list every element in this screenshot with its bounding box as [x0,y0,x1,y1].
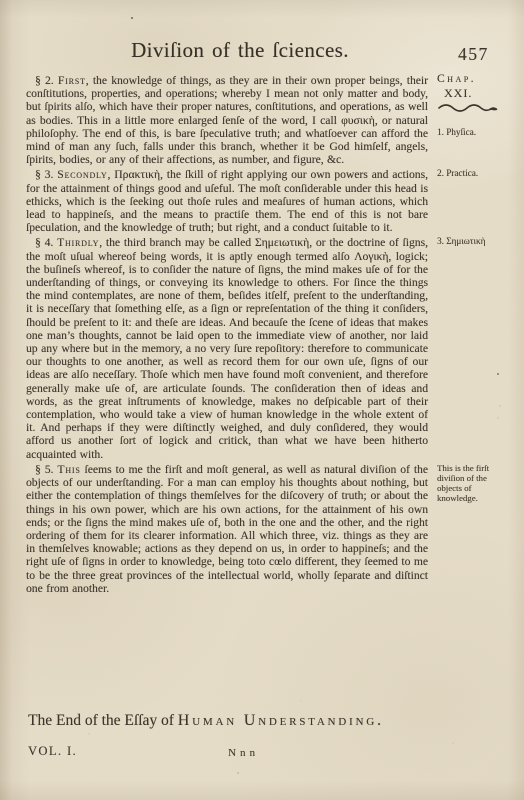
section-marker: § 5. [35,463,57,476]
running-header-title: Diviſion of the ſciences. [26,38,428,63]
margin-note-physica: 1. Phyſica. [437,127,515,137]
section-lead-word: This [57,463,80,476]
paper-specks [0,0,2,2]
chapter-label: Chap. [437,73,515,86]
margin-note-semiotic: 3. Σημιωτικὴ [437,236,515,246]
section-marker: § 3. [35,168,57,181]
text-block: Diviſion of the ſciences. Chap. XXI. 1. … [26,38,428,595]
chapter-flourish-icon [437,102,499,112]
section-marker: § 4. [35,236,57,249]
colophon-work-title: Human Understanding. [178,712,384,729]
colophon-line: The End of the Eſſay of Human Understand… [28,712,458,730]
volume-label: VOL. I. [28,744,77,759]
signature-catchword: Nnn [228,747,259,759]
page-number: 457 [458,44,489,65]
paragraph-section-5: This is the firſt diviſion of the object… [26,463,428,595]
scanned-book-page: 457 Diviſion of the ſciences. Chap. XXI.… [0,0,524,800]
paragraph-text: ſeems to me the firſt and moſt general, … [26,463,428,595]
paragraph-section-3: 2. Practica. § 3. Secondly, Πρακτικὴ, th… [26,168,428,234]
section-lead-word: Thirdly [57,236,99,249]
section-marker: § 2. [35,74,58,87]
section-lead-word: First [58,74,86,87]
paragraph-section-4: 3. Σημιωτικὴ § 4. Thirdly, the third bra… [26,236,428,460]
section-lead-word: Secondly [57,168,107,181]
margin-note-practica: 2. Practica. [437,168,515,178]
margin-note-first-division: This is the firſt diviſion of the object… [437,464,501,504]
paragraph-text: , the knowledge of things, as they are i… [26,74,428,166]
colophon-prefix: The End of the Eſſay of [28,712,178,729]
chapter-numeral: XXI. [444,87,515,100]
paragraph-section-2: Chap. XXI. 1. Phyſica. § 2. First, the k… [26,74,428,166]
chapter-note: Chap. XXI. [437,73,515,112]
paragraph-text: , the third branch may be called Σημειωτ… [26,236,428,460]
